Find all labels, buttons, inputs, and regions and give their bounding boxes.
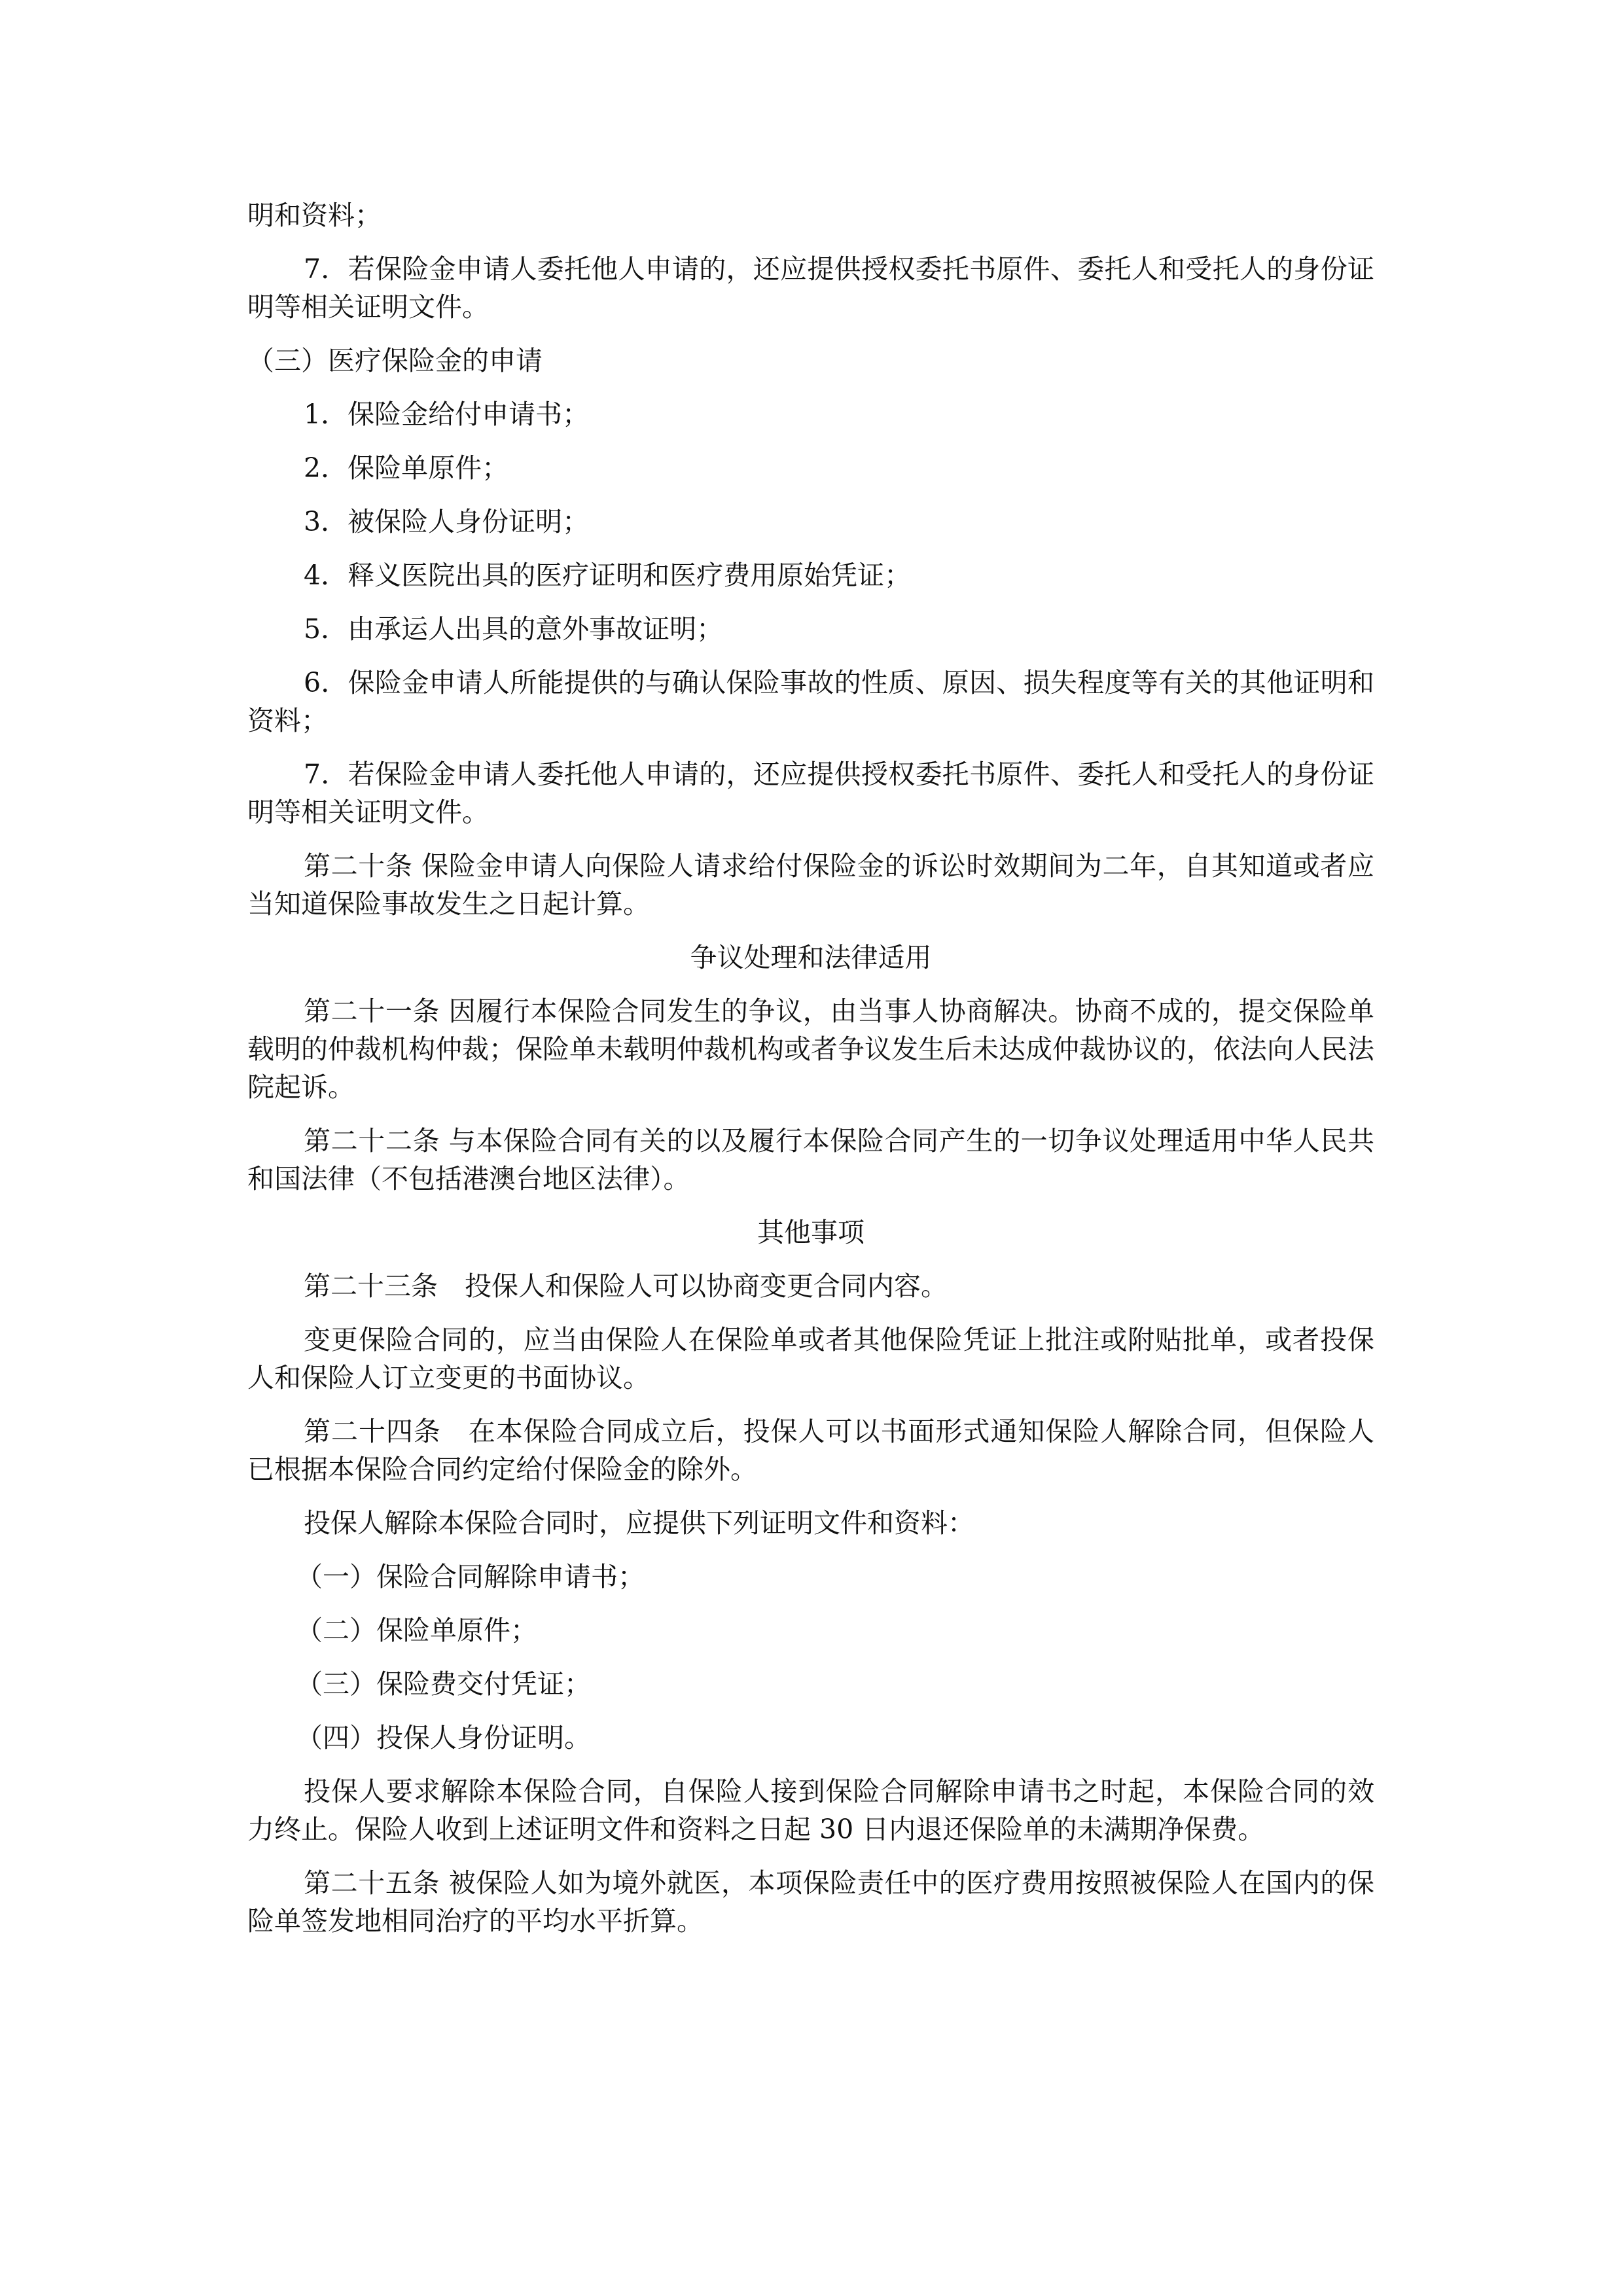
termination-doc-2: （二）保险单原件；	[247, 1611, 1374, 1649]
paragraph-termination-docs: 投保人解除本保险合同时，应提供下列证明文件和资料：	[247, 1504, 1374, 1542]
list-item-5: 5．由承运人出具的意外事故证明；	[247, 610, 1374, 648]
list-item-2: 2．保险单原件；	[247, 449, 1374, 487]
termination-doc-3: （三）保险费交付凭证；	[247, 1665, 1374, 1703]
article-23: 第二十三条 投保人和保险人可以协商变更合同内容。	[247, 1267, 1374, 1305]
section-heading-dispute: 争议处理和法律适用	[247, 939, 1374, 977]
article-22: 第二十二条 与本保险合同有关的以及履行本保险合同产生的一切争议处理适用中华人民共…	[247, 1122, 1374, 1198]
subheading-medical-claim: （三）医疗保险金的申请	[247, 342, 1374, 380]
article-24: 第二十四条 在本保险合同成立后，投保人可以书面形式通知保险人解除合同，但保险人已…	[247, 1412, 1374, 1488]
article-25: 第二十五条 被保险人如为境外就医，本项保险责任中的医疗费用按照被保险人在国内的保…	[247, 1864, 1374, 1940]
section-heading-other: 其他事项	[247, 1213, 1374, 1251]
list-item-3: 3．被保险人身份证明；	[247, 503, 1374, 541]
paragraph-death-item-7: 7．若保险金申请人委托他人申请的，还应提供授权委托书原件、委托人和受托人的身份证…	[247, 250, 1374, 326]
list-item-4: 4．释义医院出具的医疗证明和医疗费用原始凭证；	[247, 556, 1374, 594]
paragraph-continuation: 明和资料；	[247, 196, 1374, 234]
paragraph-contract-change: 变更保险合同的，应当由保险人在保险单或者其他保险凭证上批注或附贴批单，或者投保人…	[247, 1321, 1374, 1397]
document-page: 明和资料； 7．若保险金申请人委托他人申请的，还应提供授权委托书原件、委托人和受…	[247, 196, 1374, 1956]
termination-doc-4: （四）投保人身份证明。	[247, 1719, 1374, 1757]
list-item-1: 1．保险金给付申请书；	[247, 395, 1374, 433]
list-item-6: 6．保险金申请人所能提供的与确认保险事故的性质、原因、损失程度等有关的其他证明和…	[247, 664, 1374, 740]
list-item-7: 7．若保险金申请人委托他人申请的，还应提供授权委托书原件、委托人和受托人的身份证…	[247, 755, 1374, 831]
termination-doc-1: （一）保险合同解除申请书；	[247, 1558, 1374, 1596]
paragraph-termination-effect: 投保人要求解除本保险合同，自保险人接到保险合同解除申请书之时起，本保险合同的效力…	[247, 1772, 1374, 1848]
article-20: 第二十条 保险金申请人向保险人请求给付保险金的诉讼时效期间为二年，自其知道或者应…	[247, 847, 1374, 923]
article-21: 第二十一条 因履行本保险合同发生的争议，由当事人协商解决。协商不成的，提交保险单…	[247, 992, 1374, 1106]
